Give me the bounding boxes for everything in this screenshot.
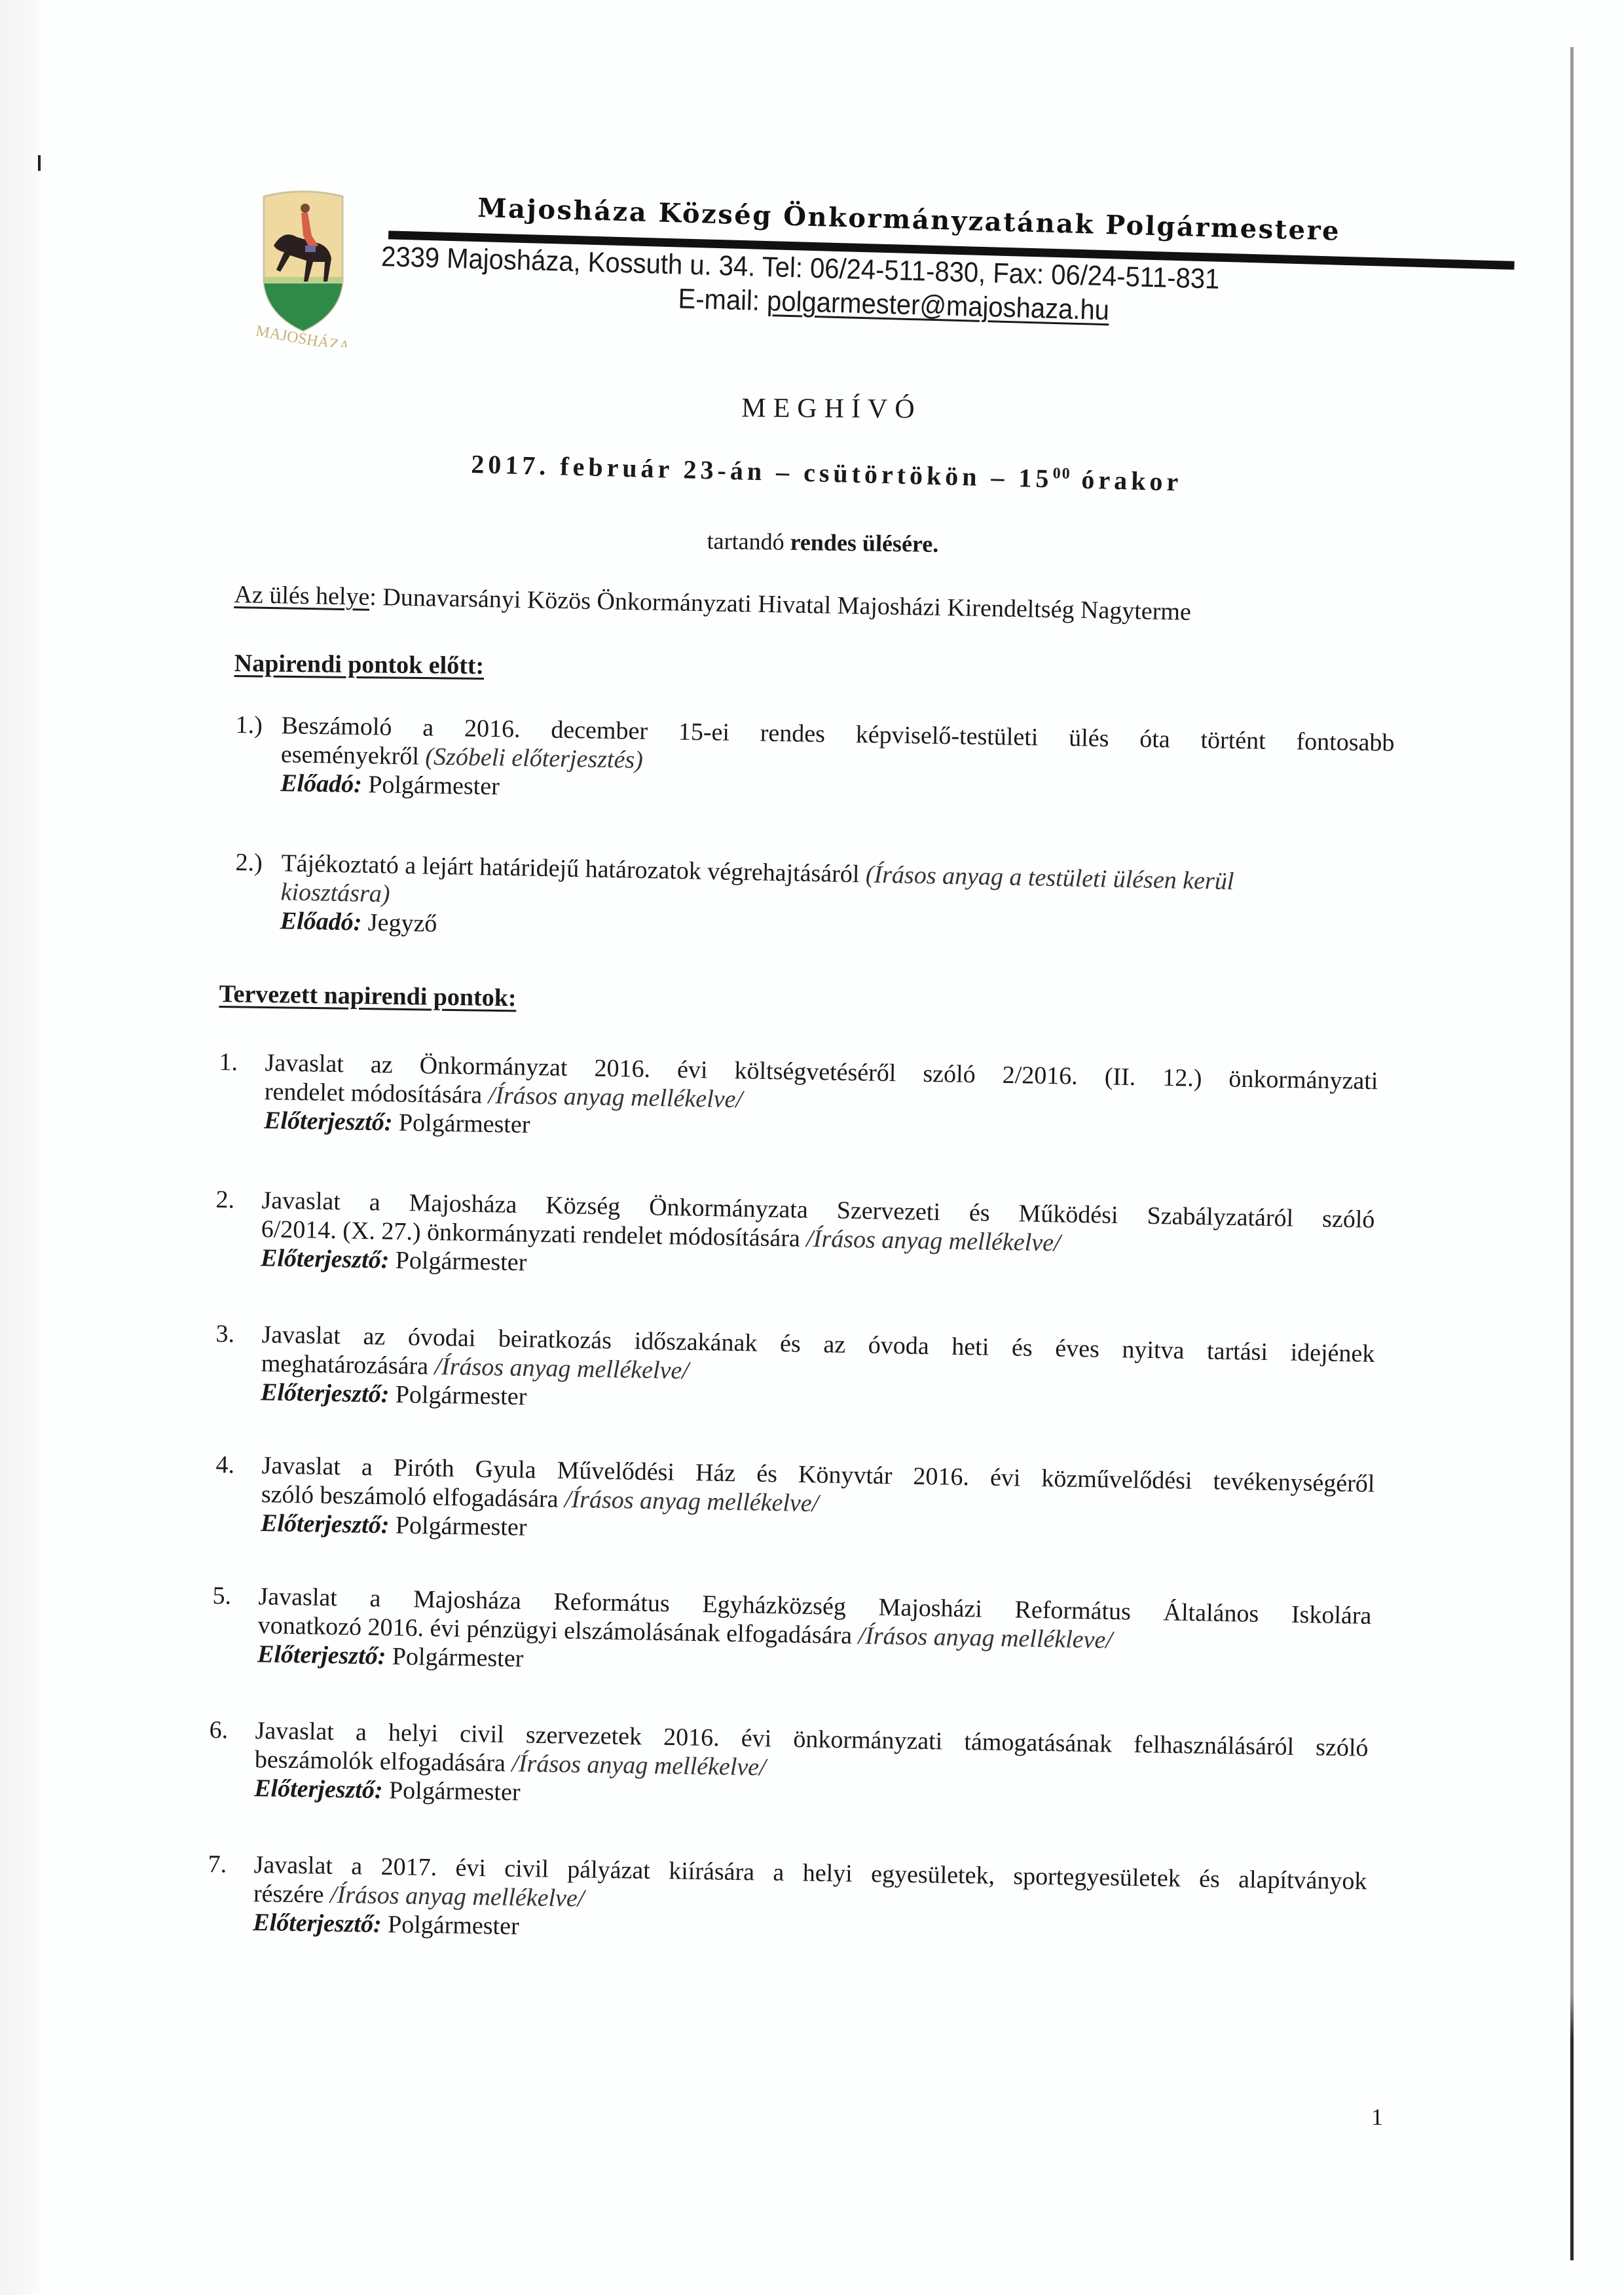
meeting-date-text: 2017. február 23-án – csütörtökön – 15: [471, 449, 1053, 493]
venue-value: : Dunavarsányi Közös Önkormányzati Hivat…: [369, 583, 1191, 626]
agenda-item: 1.)Beszámoló a 2016. december 15-ei rend…: [236, 710, 1414, 729]
scan-edge-right: [1570, 47, 1574, 2260]
agenda-item-note: /Írásos anyag mellékelve/: [511, 1750, 766, 1781]
agenda-item-note: /Írásos anyag mellékelve/: [564, 1486, 819, 1517]
agenda-item: 2.)Tájékoztató a lejárt határidejű határ…: [236, 848, 1414, 871]
agenda-item: 5.Javaslat a Majosháza Református Egyház…: [213, 1581, 1392, 1602]
agenda-item-number: 2.: [215, 1185, 234, 1214]
agenda-item: 7.Javaslat a 2017. évi civil pályázat ki…: [208, 1850, 1387, 1867]
presenter-value: Polgármester: [389, 1381, 527, 1411]
agenda-item-number: 2.): [235, 848, 263, 877]
presenter-value: Polgármester: [386, 1643, 524, 1673]
agenda-item-body: Javaslat a Majosháza Református Egyházkö…: [257, 1582, 1372, 1688]
agenda-item-number: 4.: [215, 1450, 234, 1479]
meeting-date: 2017. február 23-án – csütörtökön – 1500…: [471, 449, 1183, 497]
letterhead: Majosháza Község Önkormányzatának Polgár…: [376, 190, 1506, 377]
agenda-item-text: szóló beszámoló elfogadására: [261, 1480, 565, 1513]
agenda-item-note: /Írásos anyag mellékleve/: [858, 1622, 1113, 1654]
presenter-label: Előadó:: [280, 907, 361, 936]
agenda-item-text: beszámolók elfogadására: [255, 1746, 512, 1777]
meeting-subtitle: tartandó rendes ülésére.: [707, 527, 938, 558]
agenda-item-body: Javaslat az Önkormányzat 2016. évi költs…: [264, 1048, 1378, 1153]
agenda-item-body: Javaslat a Majosháza Község Önkormányzat…: [261, 1186, 1375, 1292]
agenda-item: 6.Javaslat a helyi civil szervezetek 201…: [210, 1716, 1388, 1734]
presenter-label: Előterjesztő:: [254, 1774, 383, 1804]
agenda-item-note: /Írásos anyag mellékelve/: [806, 1225, 1061, 1257]
agenda-item-body: Tájékoztató a lejárt határidejű határoza…: [280, 849, 1394, 957]
agenda-item-number: 5.: [212, 1581, 231, 1610]
agenda-item: 1.Javaslat az Önkormányzat 2016. évi köl…: [219, 1048, 1398, 1067]
venue-label: Az ülés helye: [234, 581, 370, 611]
email-link[interactable]: polgarmester@majoshaza.hu: [767, 285, 1110, 326]
presenter-label: Előterjesztő:: [257, 1640, 386, 1670]
presenter-value: Polgármester: [392, 1109, 530, 1138]
agenda-item: 3.Javaslat az óvodai beiratkozás időszak…: [216, 1319, 1395, 1340]
presenter-label: Előterjesztő:: [253, 1909, 382, 1938]
presenter-value: Polgármester: [389, 1247, 527, 1277]
agenda-item-number: 1.: [219, 1048, 238, 1076]
page-number: 1: [1371, 2103, 1383, 2131]
before-agenda-heading-text: Napirendi pontok előtt:: [234, 650, 485, 680]
agenda-item-text: részére: [253, 1880, 331, 1909]
presenter-value: Polgármester: [381, 1911, 519, 1940]
planned-agenda-heading-text: Tervezett napirendi pontok:: [219, 980, 516, 1012]
agenda-item-text: rendelet módosítására: [265, 1078, 489, 1109]
meeting-time-superscript: 00: [1052, 465, 1071, 483]
presenter-value: Jegyző: [361, 909, 437, 938]
scan-edge-left: [0, 0, 39, 2295]
agenda-item-note: /Írásos anyag mellékelve/: [434, 1353, 689, 1385]
presenter-value: Polgármester: [382, 1776, 521, 1806]
presenter-label: Előadó:: [280, 769, 362, 798]
agenda-item-note: (Szóbeli előterjesztés): [425, 743, 643, 774]
meeting-subtitle-plain: tartandó: [707, 528, 790, 555]
agenda-item-body: Javaslat a Piróth Gyula Művelődési Ház é…: [261, 1451, 1375, 1556]
agenda-item-number: 3.: [215, 1319, 234, 1348]
coat-of-arms-icon: MAJOSHÁZA: [248, 183, 359, 347]
venue: Az ülés helye: Dunavarsányi Közös Önkorm…: [234, 579, 1191, 627]
scan-mark: [38, 155, 41, 171]
presenter-label: Előterjesztő:: [261, 1244, 390, 1274]
presenter-label: Előterjesztő:: [261, 1378, 390, 1408]
email-label: E-mail:: [678, 283, 767, 317]
meeting-subtitle-bold: rendes ülésére.: [790, 529, 938, 557]
presenter-value: Polgármester: [361, 771, 500, 800]
agenda-item-note: /Írásos anyag mellékelve/: [330, 1881, 585, 1913]
agenda-item: 4.Javaslat a Piróth Gyula Művelődési Ház…: [216, 1450, 1395, 1470]
planned-agenda-heading: Tervezett napirendi pontok:: [219, 979, 517, 1013]
meeting-time-suffix: órakor: [1071, 464, 1183, 496]
agenda-item-note: /Írásos anyag mellékelve/: [488, 1082, 743, 1113]
presenter-value: Polgármester: [389, 1511, 527, 1541]
agenda-item-body: Javaslat a 2017. évi civil pályázat kiír…: [253, 1850, 1367, 1953]
agenda-item-number: 1.): [235, 710, 263, 740]
agenda-item-body: Javaslat a helyi civil szervezetek 2016.…: [254, 1716, 1369, 1820]
agenda-item-body: Javaslat az óvodai beiratkozás időszakán…: [261, 1320, 1375, 1426]
before-agenda-heading: Napirendi pontok előtt:: [234, 648, 485, 681]
presenter-label: Előterjesztő:: [261, 1509, 390, 1539]
agenda-item: 2.Javaslat a Majosháza Község Önkormányz…: [216, 1185, 1395, 1205]
presenter-label: Előterjesztő:: [264, 1107, 393, 1136]
agenda-item-note: kiosztásra): [280, 878, 390, 908]
agenda-item-number: 7.: [208, 1850, 227, 1879]
agenda-item-number: 6.: [209, 1716, 228, 1744]
coat-of-arms-logo: MAJOSHÁZA: [248, 183, 359, 347]
agenda-item-text: eseményekről: [281, 741, 426, 770]
agenda-item-body: Beszámoló a 2016. december 15-ei rendes …: [280, 711, 1395, 815]
agenda-item-text: meghatározására: [261, 1349, 434, 1380]
document-title: MEGHÍVÓ: [0, 387, 1624, 430]
